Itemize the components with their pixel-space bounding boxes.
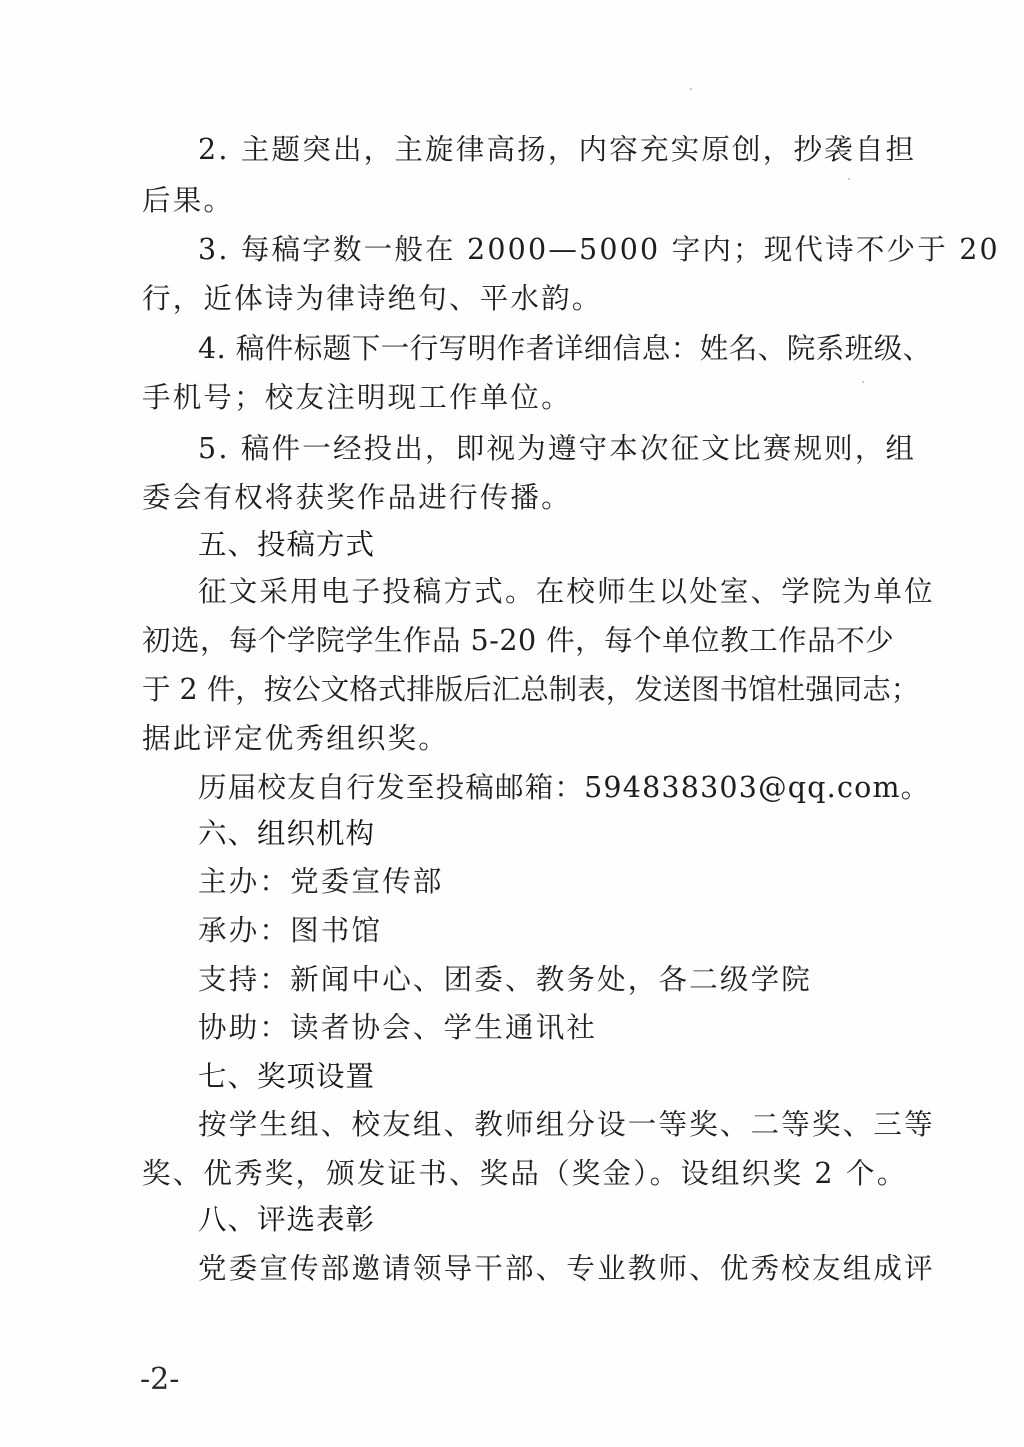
section-5-line-4: 据此评定优秀组织奖。	[142, 719, 862, 759]
organizer-host: 承办：图书馆	[198, 911, 918, 951]
section-6-heading: 六、组织机构	[198, 814, 918, 854]
document-page: 2. 主题突出，主旋律高扬，内容充实原创，抄袭自担 后果。 3. 每稿字数一般在…	[0, 0, 1024, 1447]
section-5-line-2: 初选，每个学院学生作品 5-20 件，每个单位教工作品不少	[142, 621, 862, 661]
organizer-assist: 协助：读者协会、学生通讯社	[198, 1008, 918, 1048]
item-3-line-2: 行，近体诗为律诗绝句、平水韵。	[142, 279, 862, 319]
scan-speck	[862, 381, 864, 383]
section-7-line-2: 奖、优秀奖，颁发证书、奖品（奖金）。设组织奖 2 个。	[142, 1154, 862, 1194]
section-8-line-1: 党委宣传部邀请领导干部、专业教师、优秀校友组成评	[198, 1249, 862, 1289]
section-8-heading: 八、评选表彰	[198, 1200, 918, 1240]
section-7-heading: 七、奖项设置	[198, 1057, 918, 1097]
scan-speck	[690, 88, 692, 90]
item-5-line-2: 委会有权将获奖作品进行传播。	[142, 478, 862, 518]
item-2-line-2: 后果。	[142, 181, 862, 221]
page-number: -2-	[140, 1362, 179, 1398]
section-5-line-1: 征文采用电子投稿方式。在校师生以处室、学院为单位	[198, 572, 862, 612]
item-4-line-1: 4. 稿件标题下一行写明作者详细信息：姓名、院系班级、	[198, 329, 866, 369]
section-7-line-1: 按学生组、校友组、教师组分设一等奖、二等奖、三等	[198, 1105, 862, 1145]
section-5-line-3: 于 2 件，按公文格式排版后汇总制表，发送图书馆杜强同志；	[142, 670, 862, 710]
section-5-alumni-email: 历届校友自行发至投稿邮箱：594838303@qq.com。	[198, 768, 918, 808]
item-4-line-2: 手机号；校友注明现工作单位。	[142, 378, 862, 418]
organizer-sponsor: 主办：党委宣传部	[198, 862, 918, 902]
scan-speck	[848, 178, 850, 180]
item-2-line-1: 2. 主题突出，主旋律高扬，内容充实原创，抄袭自担	[198, 130, 862, 170]
section-5-heading: 五、投稿方式	[198, 525, 918, 565]
organizer-support: 支持：新闻中心、团委、教务处，各二级学院	[198, 960, 918, 1000]
item-3-line-1: 3. 每稿字数一般在 2000—5000 字内；现代诗不少于 20	[198, 230, 862, 270]
item-5-line-1: 5. 稿件一经投出，即视为遵守本次征文比赛规则，组	[198, 429, 862, 469]
